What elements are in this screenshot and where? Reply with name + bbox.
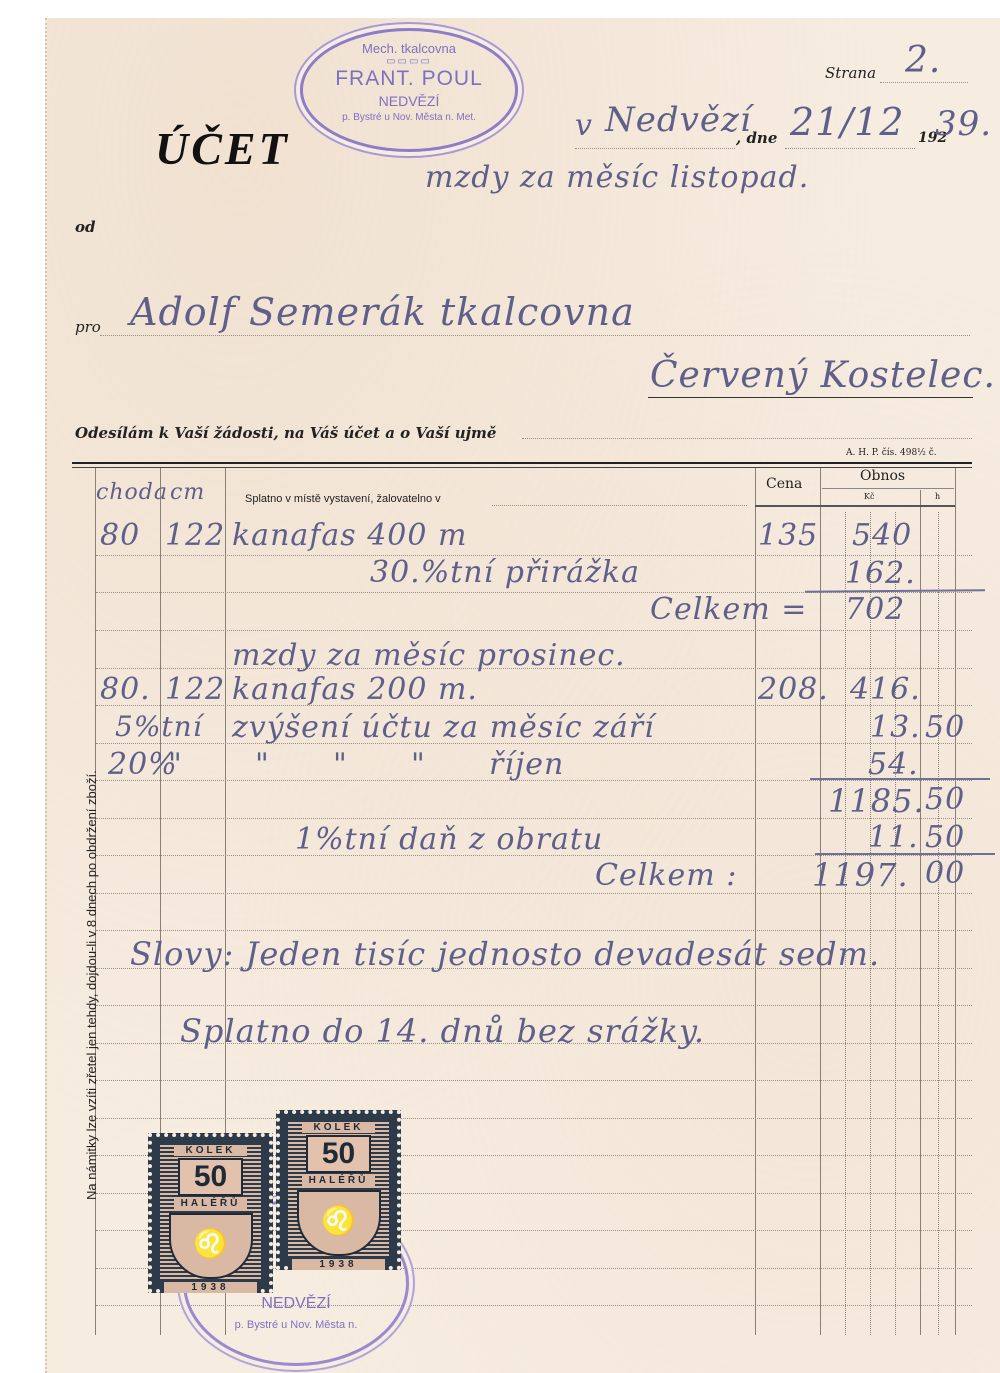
payment-note: Splatno v místě vystavení, žalovatelno v (245, 493, 441, 505)
row-9-h: 00 (925, 856, 965, 891)
total-rule (815, 853, 995, 855)
row-4-price: 208. (758, 672, 829, 707)
table-top-rule (72, 462, 972, 464)
cancel-stamp-line-1: NEDVĚZÍ (186, 1295, 406, 1313)
row-5-desc: zvýšení účtu za měsíc září (232, 710, 655, 745)
payment-terms: Splatno do 14. dnů bez srážky. (180, 1012, 705, 1050)
stamp-line-4: p. Bystré u Nov. Města n. Met. (303, 112, 515, 123)
shipping-note: Odesílám k Vaší žádosti, na Váš účet a o… (75, 424, 496, 442)
place-prefix: v (575, 108, 593, 143)
place-dotline (575, 148, 735, 149)
row-line (96, 630, 972, 631)
col-dot-1 (845, 512, 846, 1335)
row-9-kc: 1197. (812, 856, 909, 894)
row-6-c2: " (168, 747, 183, 782)
col-line-h (920, 490, 921, 1335)
revenue-stamp-2-value: 50 (306, 1135, 371, 1173)
row-0-c1: 80 (100, 518, 140, 553)
row-3-desc: mzdy za měsíc prosinec. (232, 638, 626, 673)
revenue-stamp-2-top: KOLEK (302, 1122, 375, 1133)
row-line (96, 1118, 972, 1119)
revenue-stamp-2-year: 1938 (292, 1259, 385, 1270)
col1-header: choda (96, 480, 168, 505)
row-4-desc: kanafas 200 m. (232, 672, 478, 707)
lion-emblem-icon: ♌ (169, 1213, 253, 1279)
table-top-rule-2 (72, 467, 972, 468)
shipping-dotline (522, 438, 972, 439)
cancel-stamp-line-2: p. Bystré u Nov. Města n. (186, 1319, 406, 1331)
row-4-c2: 122 (165, 672, 225, 707)
row-line (96, 930, 972, 931)
stamp-line-3: NEDVĚZÍ (303, 93, 515, 109)
side-note: Na námitky lze vzíti zřetel jen tehdy, d… (84, 560, 99, 1200)
row-7-kc: 1185. (828, 782, 925, 820)
row-1-kc: 162. (845, 556, 916, 591)
row-0-c2: 122 (165, 518, 225, 553)
date-dotline (785, 148, 915, 149)
from-label: od (75, 218, 96, 236)
stamp-line-1: Mech. tkalcovna (303, 41, 515, 56)
kc-header: Kč (864, 492, 874, 501)
words-total: Slovy: Jeden tisíc jednosto devadesát se… (130, 935, 880, 973)
revenue-stamp-2-unit: HALÉŘŮ (302, 1175, 375, 1186)
revenue-stamp-1-year: 1938 (164, 1282, 257, 1293)
amount-header-rule (755, 505, 955, 507)
page-label: Strana (825, 64, 876, 82)
col-line-kc (820, 468, 821, 1335)
invoice-title: ÚČET (155, 122, 290, 175)
payment-dotline (492, 505, 747, 506)
row-9-desc: Celkem : (595, 858, 737, 893)
row-0-desc: kanafas 400 m (232, 518, 467, 553)
col-dot-2 (870, 512, 871, 1335)
h-header: h (935, 492, 940, 501)
row-1-desc: 30.%tní přirážka (370, 555, 640, 590)
lion-emblem-icon: ♌ (297, 1190, 381, 1256)
revenue-stamp-1: KOLEK 50 HALÉŘŮ ♌ 1938 (148, 1133, 273, 1293)
recipient-underline (648, 397, 973, 398)
row-0-kc: 540 (852, 518, 912, 553)
col2-header: cm (170, 480, 205, 505)
form-number: A. H. P. čís. 498½ č. (846, 448, 937, 458)
col-line-end (955, 468, 956, 1335)
row-5-c1: 5%tní (115, 710, 203, 743)
row-5-kc: 13. (870, 710, 921, 745)
revenue-stamp-1-unit: HALÉŘŮ (174, 1198, 247, 1209)
stamp-boxes: ▭▭▭▭ (303, 56, 515, 67)
row-6-kc: 54. (868, 747, 919, 782)
date-label: , dne (736, 129, 777, 147)
row-5-h: 50 (925, 710, 965, 745)
amount-header: Obnos (860, 468, 905, 484)
company-stamp: Mech. tkalcovna ▭▭▭▭ FRANT. POUL NEDVĚZÍ… (300, 28, 518, 152)
row-8-h: 50 (925, 820, 965, 855)
subject: mzdy za měsíc listopad. (425, 160, 809, 195)
col-dot-3 (895, 512, 896, 1335)
place: Nedvězí (605, 100, 752, 140)
row-4-c1: 80. (100, 672, 151, 707)
amount-subrule (822, 488, 954, 489)
page-dotline (880, 82, 968, 83)
row-0-price: 135 (758, 518, 818, 553)
recipient-place: Červený Kostelec. (650, 355, 996, 396)
subtotal-rule-2 (810, 778, 990, 780)
year-suffix: 39. (935, 104, 992, 144)
to-dotline (100, 335, 970, 336)
revenue-stamp-1-top: KOLEK (174, 1145, 247, 1156)
revenue-stamp-1-value: 50 (178, 1158, 243, 1196)
stamp-line-2: FRANT. POUL (303, 67, 515, 91)
row-8-kc: 11. (868, 820, 919, 855)
recipient-name: Adolf Semerák tkalcovna (130, 290, 635, 334)
revenue-stamp-2: KOLEK 50 HALÉŘŮ ♌ 1938 (276, 1110, 401, 1270)
row-7-h: 50 (925, 782, 965, 817)
row-8-desc: 1%tní daň z obratu (295, 822, 603, 857)
page-number: 2. (905, 40, 941, 81)
price-header: Cena (766, 476, 802, 492)
col-dot-4 (938, 512, 939, 1335)
row-2-desc: Celkem = (650, 592, 807, 627)
row-2-kc: 702 (845, 592, 905, 627)
row-line (96, 705, 972, 706)
row-4-kc: 416. (850, 672, 921, 707)
date: 21/12 (790, 100, 905, 144)
row-6-desc: " " " říjen (255, 747, 564, 782)
to-label: pro (75, 318, 101, 336)
row-line (96, 1005, 972, 1006)
row-line (96, 1080, 972, 1081)
